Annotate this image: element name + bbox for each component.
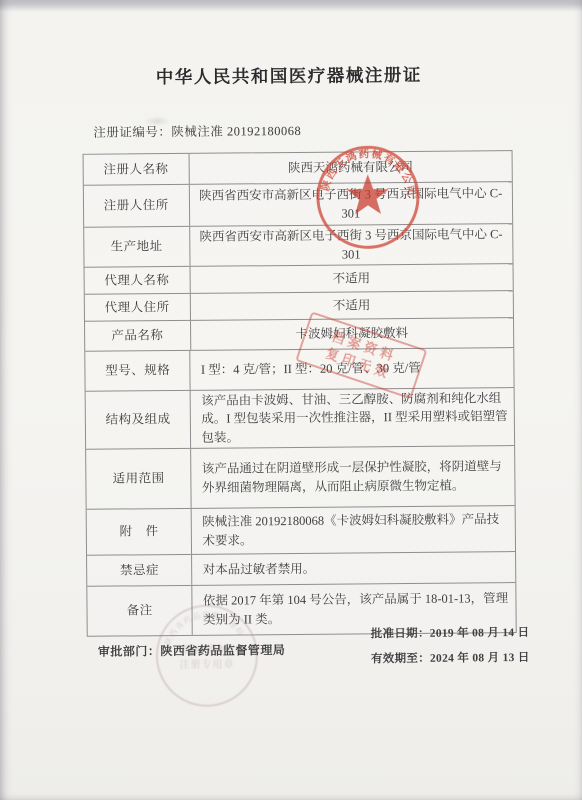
table-row-registrant-name: 注册人名称 陕西天鸿药械有限公司 (84, 151, 512, 185)
table-row-intended-use: 适用范围 该产品通过在阴道壁形成一层保护性凝胶，将阴道壁与外界细菌物理隔离，从而… (86, 445, 515, 509)
registration-number-value: 陕械注准 20192180068 (171, 124, 301, 139)
table-row-registrant-address: 注册人住所 陕西省西安市高新区电子西街 3 号西京国际电气中心 C-301 (84, 181, 512, 227)
row-label: 产品名称 (85, 321, 191, 351)
registration-number-label: 注册证编号： (93, 125, 171, 140)
table-row-production-address: 生产地址 陕西省西安市高新区电子西街 3 号西京国际电气中心 C-301 (84, 223, 512, 267)
row-label: 型号、规格 (85, 351, 191, 391)
table-row-agent-address: 代理人住所 不适用 (85, 290, 513, 321)
row-label: 代理人名称 (85, 267, 191, 294)
row-value: 该产品由卡波姆、甘油、三乙醇胺、防腐剂和纯化水组成。I 型包装采用一次性推注器，… (191, 388, 514, 448)
valid-until-line: 有效期至：2024 年 08 月 13 日 (371, 649, 530, 666)
row-value: 不适用 (190, 264, 513, 293)
approval-date-line: 批准日期：2019 年 08 月 14 日 (371, 624, 530, 641)
certificate-title: 中华人民共和国医疗器械注册证 (0, 60, 580, 90)
valid-until-value: 2024 年 08 月 13 日 (430, 652, 530, 665)
registration-number-line: 注册证编号：陕械注准 20192180068 (93, 121, 301, 141)
certificate-table: 注册人名称 陕西天鸿药械有限公司 注册人住所 陕西省西安市高新区电子西街 3 号… (83, 150, 517, 637)
valid-until-label: 有效期至： (371, 653, 430, 666)
star-icon (347, 174, 389, 214)
approval-date-value: 2019 年 08 月 14 日 (430, 627, 530, 640)
table-row-agent-name: 代理人名称 不适用 (85, 263, 513, 294)
row-value: 该产品通过在阴道壁形成一层保护性凝胶，将阴道壁与外界细菌物理隔离，从而阻止病原微… (192, 446, 515, 508)
row-label: 注册人住所 (84, 185, 190, 227)
approval-date-label: 批准日期： (371, 628, 430, 641)
approval-seal-arc-text: 陕西省药品监督管理局 (162, 609, 246, 647)
row-value: 不适用 (190, 291, 513, 320)
row-value: 对本品过敏者禁用。 (193, 552, 516, 585)
row-label: 注册人名称 (84, 154, 190, 185)
approval-seal-stamp-icon: 陕西省药品监督管理局 医疗器械 注册专用章 (148, 598, 265, 715)
row-label: 结构及组成 (86, 391, 192, 449)
approval-seal-center-line1: 医疗器械 (184, 643, 230, 656)
table-row-attachment: 附 件 陕械注准 20192180068《卡波姆妇科凝胶敷料》产品技术要求。 (87, 505, 515, 555)
footer-dates: 批准日期：2019 年 08 月 14 日 有效期至：2024 年 08 月 1… (371, 624, 530, 675)
row-label: 适用范围 (86, 449, 192, 509)
approval-seal-center-line2: 注册专用章 (179, 658, 234, 671)
row-label: 生产地址 (84, 227, 190, 267)
row-label: 代理人住所 (85, 294, 191, 321)
company-seal-stamp-icon: 陕西天鸿药械有限公司 (306, 139, 429, 262)
certificate-content: 中华人民共和国医疗器械注册证 注册证编号：陕械注准 20192180068 注册… (0, 0, 582, 800)
table-row-structure-composition: 结构及组成 该产品由卡波姆、甘油、三乙醇胺、防腐剂和纯化水组成。I 型包装采用一… (86, 387, 514, 449)
row-label: 禁忌症 (87, 555, 193, 586)
table-row-contraindication: 禁忌症 对本品过敏者禁用。 (87, 551, 515, 586)
svg-text:陕西省药品监督管理局: 陕西省药品监督管理局 (162, 609, 246, 647)
row-value: 陕械注准 20192180068《卡波姆妇科凝胶敷料》产品技术要求。 (192, 506, 515, 554)
row-label: 附 件 (87, 509, 193, 555)
scanned-certificate-page: 中华人民共和国医疗器械注册证 注册证编号：陕械注准 20192180068 注册… (0, 0, 582, 800)
